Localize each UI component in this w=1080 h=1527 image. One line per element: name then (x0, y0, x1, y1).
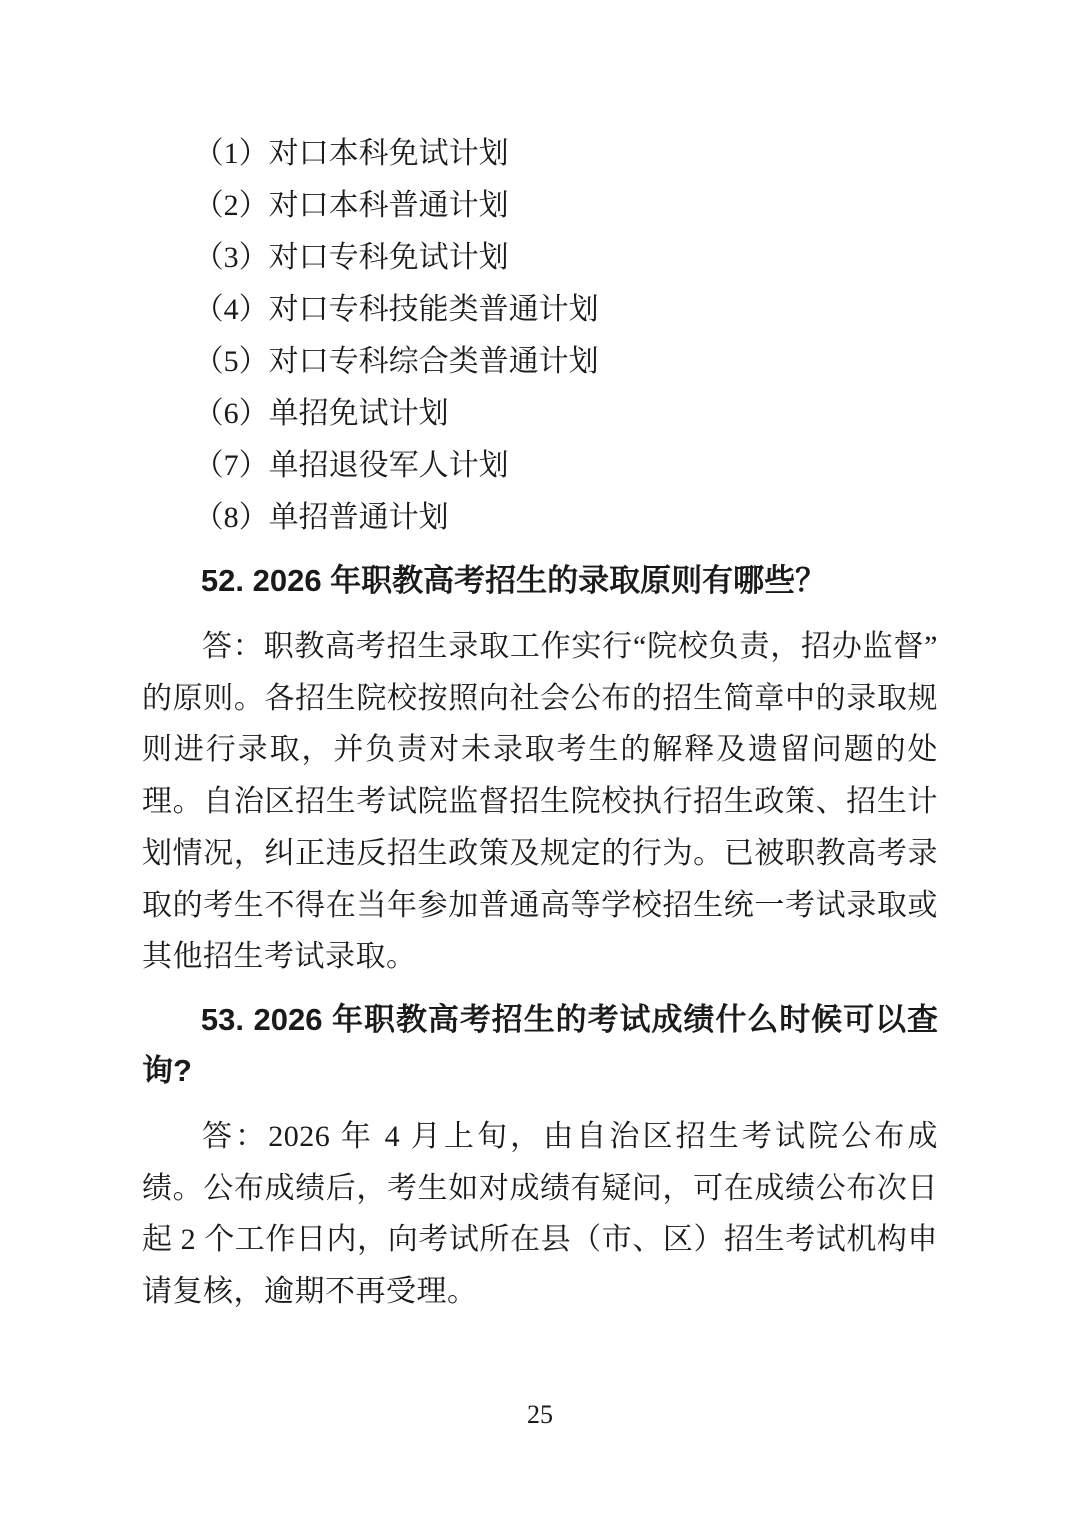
question-52-heading: 52. 2026 年职教高考招生的录取原则有哪些？ (142, 555, 938, 606)
document-page: （1）对口本科免试计划 （2）对口本科普通计划 （3）对口专科免试计划 （4）对… (0, 0, 1080, 1527)
question-53-answer: 答：2026 年 4 月上旬，由自治区招生考试院公布成绩。公布成绩后，考生如对成… (142, 1111, 938, 1318)
admission-plan-list: （1）对口本科免试计划 （2）对口本科普通计划 （3）对口专科免试计划 （4）对… (142, 128, 938, 544)
page-content: （1）对口本科免试计划 （2）对口本科普通计划 （3）对口专科免试计划 （4）对… (142, 128, 938, 1318)
plan-list-item: （4）对口专科技能类普通计划 (142, 284, 938, 336)
page-number: 25 (0, 1400, 1080, 1430)
plan-list-item: （6）单招免试计划 (142, 388, 938, 440)
question-53-heading: 53. 2026 年职教高考招生的考试成绩什么时候可以查询? (142, 994, 938, 1096)
plan-list-item: （8）单招普通计划 (142, 492, 938, 544)
plan-list-item: （2）对口本科普通计划 (142, 180, 938, 232)
plan-list-item: （7）单招退役军人计划 (142, 440, 938, 492)
plan-list-item: （1）对口本科免试计划 (142, 128, 938, 180)
plan-list-item: （5）对口专科综合类普通计划 (142, 336, 938, 388)
question-52-answer: 答：职教高考招生录取工作实行“院校负责，招办监督”的原则。各招生院校按照向社会公… (142, 621, 938, 983)
plan-list-item: （3）对口专科免试计划 (142, 232, 938, 284)
